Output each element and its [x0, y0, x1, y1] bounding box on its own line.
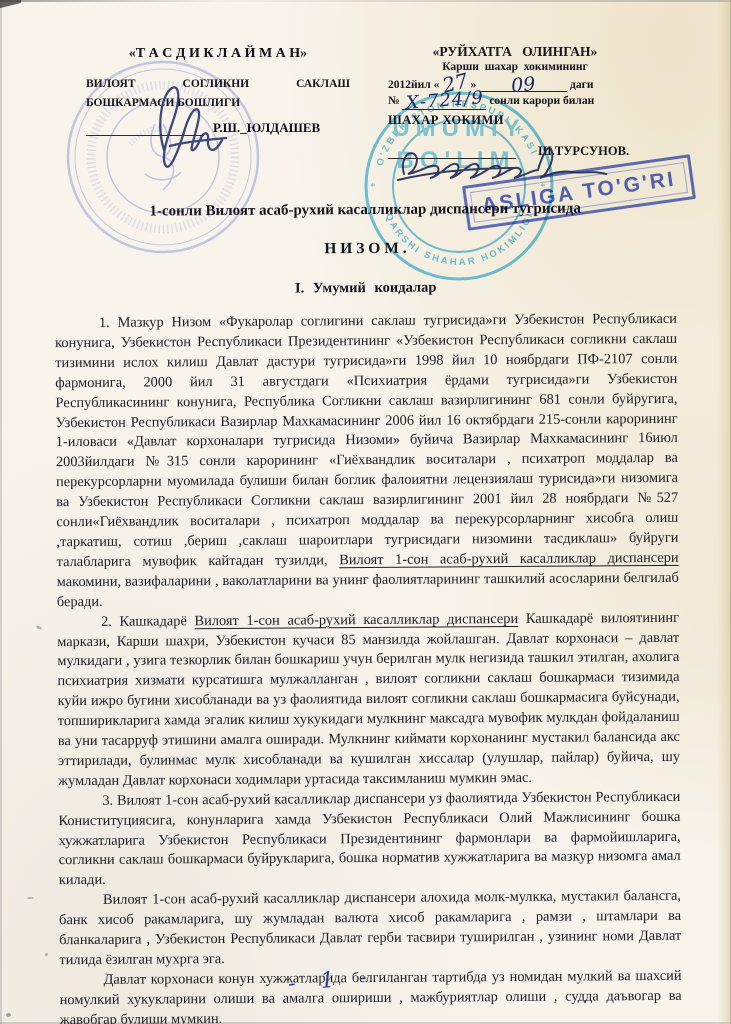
date-suffix: даги — [570, 79, 593, 91]
scan-speck — [36, 625, 43, 630]
stamp-star-icon: * — [370, 181, 376, 193]
number-suffix: сонли карори билан — [489, 95, 594, 107]
scan-speck — [27, 897, 34, 899]
registration-post-title: ШАХАР ХОКИМИ — [388, 113, 642, 128]
registration-title: «РУЙХАТГА ОЛИНГАН» — [388, 44, 642, 60]
paragraph-2-underlined-phrase: Вилоят 1-сон асаб-рухий касалликлар дисп… — [194, 611, 518, 629]
scan-speck — [6, 1013, 11, 1017]
paragraph-2-text: 2. Кашкадарё — [101, 613, 195, 630]
paragraph-1-text-end: макомини, вазифаларини , ваколатларини в… — [57, 570, 679, 610]
number-prefix: № — [388, 95, 400, 107]
paragraph-3: 3. Вилоят 1-сон асаб-рухий касалликлар д… — [58, 788, 681, 892]
paragraph-1-underlined-phrase: Вилоят 1-сон асаб-рухий касалликлар дисп… — [339, 550, 679, 568]
scan-corner-artifact — [0, 0, 22, 9]
handwritten-month: 09 — [511, 79, 536, 92]
month-underline: 09 — [479, 77, 567, 92]
scan-edge-top — [0, 0, 731, 2]
document-body: 1. Мазкур Низом «Фукаролар соглигини сак… — [55, 310, 682, 1024]
paragraph-1-text: 1. Мазкур Низом «Фукаролар соглигини сак… — [55, 311, 678, 570]
paragraph-1: 1. Мазкур Низом «Фукаролар соглигини сак… — [55, 310, 679, 613]
signature-left-icon — [126, 80, 244, 178]
scan-speck — [45, 953, 48, 956]
date-prefix: 2012йил « — [388, 79, 439, 91]
paragraph-2-text-end: Кашкадарё вилоятининг маркази, Карши шах… — [57, 609, 680, 789]
approval-title: «Т А С Д И К Л А Й М А Н» — [86, 46, 350, 62]
document-title: Н И З О М . — [54, 238, 676, 260]
document-text-block: 1-сонли Вилоят асаб-рухий касалликлар ди… — [54, 200, 682, 1024]
section-heading: I. Умумий коидалар — [55, 278, 677, 299]
number-underline: Х-724/9 — [402, 94, 486, 110]
registration-subtitle: Карши шахар хокимининг — [388, 61, 642, 73]
paragraph-4: Вилоят 1-сон асаб-рухий касалликлар дисп… — [59, 887, 682, 971]
handwritten-decision-number: Х-724/9 — [405, 93, 483, 109]
scan-edge-left — [0, 0, 2, 1024]
paragraph-2: 2. Кашкадарё Вилоят 1-сон асаб-рухий кас… — [57, 608, 680, 791]
registration-date-row: 2012йил « 27 » 09 даги — [388, 75, 642, 92]
scanned-document-page: O'ZBEKISTON RESPUBLIKASI QARSHI SHAHAR H… — [0, 0, 731, 1024]
signature-right-icon — [396, 130, 614, 192]
